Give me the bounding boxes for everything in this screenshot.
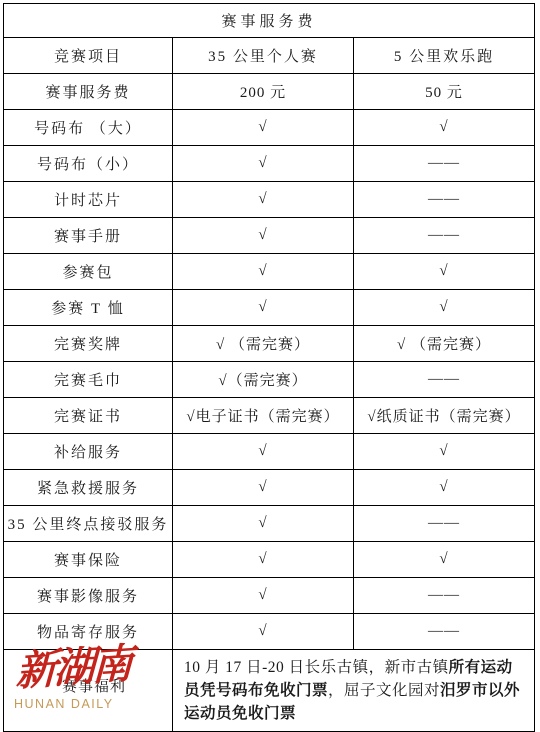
header-5km-fun-run-column: 5 公里欢乐跑: [354, 38, 535, 74]
fun-run-5km-value-cell: √: [354, 542, 535, 578]
fun-run-5km-value-cell: ——: [354, 578, 535, 614]
footer-note: 10 月 17 日-20 日长乐古镇，新市古镇所有运动员凭号码布免收门票，屈子文…: [173, 650, 535, 711]
table-footer-section: 赛事福利 新湖南 HUNAN DAILY 10 月 17 日-20 日长乐古镇，…: [4, 650, 535, 711]
race-35km-value-cell: √电子证书（需完赛）: [173, 398, 354, 434]
row-label-cell: 号码布（小）: [4, 146, 173, 182]
row-label-cell: 补给服务: [4, 434, 173, 470]
row-label-cell: 赛事服务费: [4, 74, 173, 110]
table-row: 赛事服务费200 元50 元: [4, 74, 535, 110]
row-label-cell: 完赛证书: [4, 398, 173, 434]
row-label-cell: 号码布 （大）: [4, 110, 173, 146]
table-data-section: 赛事服务费200 元50 元号码布 （大）√√号码布（小）√——计时芯片√——赛…: [4, 74, 535, 650]
row-label-cell: 赛事手册: [4, 218, 173, 254]
table-row: 参赛包√√: [4, 254, 535, 290]
table-row: 物品寄存服务√——: [4, 614, 535, 650]
table-title-row: 赛事服务费: [4, 4, 535, 38]
table-row: 完赛证书√电子证书（需完赛）√纸质证书（需完赛）: [4, 398, 535, 434]
fun-run-5km-value-cell: ——: [354, 146, 535, 182]
fun-run-5km-value-cell: ——: [354, 506, 535, 542]
table-row: 赛事手册√——: [4, 218, 535, 254]
table-row: 赛事保险√√: [4, 542, 535, 578]
fun-run-5km-value-cell: √: [354, 254, 535, 290]
row-label-cell: 35 公里终点接驳服务: [4, 506, 173, 542]
race-35km-value-cell: √: [173, 614, 354, 650]
row-label-cell: 物品寄存服务: [4, 614, 173, 650]
row-label-cell: 赛事影像服务: [4, 578, 173, 614]
table-row: 计时芯片√——: [4, 182, 535, 218]
fun-run-5km-value-cell: √: [354, 110, 535, 146]
race-35km-value-cell: √ （需完赛）: [173, 326, 354, 362]
race-35km-value-cell: √: [173, 506, 354, 542]
table-row: 号码布 （大）√√: [4, 110, 535, 146]
table-row: 号码布（小）√——: [4, 146, 535, 182]
logo-english-text: HUNAN DAILY: [7, 698, 139, 710]
race-35km-value-cell: √: [173, 542, 354, 578]
row-label-cell: 参赛 T 恤: [4, 290, 173, 326]
note-segment: ，屈子文化园对: [328, 682, 440, 699]
table-row: 补给服务√√: [4, 434, 535, 470]
race-35km-value-cell: √: [173, 110, 354, 146]
race-35km-value-cell: √: [173, 290, 354, 326]
table-row: 完赛奖牌√ （需完赛）√ （需完赛）: [4, 326, 535, 362]
header-item-column: 竞赛项目: [4, 38, 173, 74]
race-35km-value-cell: 200 元: [173, 74, 354, 110]
race-35km-value-cell: √: [173, 578, 354, 614]
table-row: 赛事影像服务√——: [4, 578, 535, 614]
race-service-fee-document: 赛事服务费 竞赛项目 35 公里个人赛 5 公里欢乐跑 赛事服务费200 元50…: [3, 3, 535, 710]
fun-run-5km-value-cell: ——: [354, 182, 535, 218]
column-header-row: 竞赛项目 35 公里个人赛 5 公里欢乐跑: [4, 38, 535, 74]
row-label-cell: 完赛奖牌: [4, 326, 173, 362]
race-35km-value-cell: √: [173, 434, 354, 470]
page: { "table": { "title": "赛事服务费", "header":…: [0, 0, 540, 710]
fun-run-5km-value-cell: √ （需完赛）: [354, 326, 535, 362]
fun-run-5km-value-cell: √: [354, 434, 535, 470]
table-head-section: 赛事服务费 竞赛项目 35 公里个人赛 5 公里欢乐跑: [4, 4, 535, 74]
fun-run-5km-value-cell: √纸质证书（需完赛）: [354, 398, 535, 434]
row-label-cell: 完赛毛巾: [4, 362, 173, 398]
row-label-cell: 赛事保险: [4, 542, 173, 578]
race-35km-value-cell: √: [173, 254, 354, 290]
footer-row: 赛事福利 新湖南 HUNAN DAILY 10 月 17 日-20 日长乐古镇，…: [4, 650, 535, 711]
table-row: 完赛毛巾√（需完赛）——: [4, 362, 535, 398]
race-35km-value-cell: √: [173, 146, 354, 182]
table-row: 35 公里终点接驳服务√——: [4, 506, 535, 542]
footer-label: 赛事福利: [62, 675, 126, 696]
table-row: 紧急救援服务√√: [4, 470, 535, 506]
fun-run-5km-value-cell: 50 元: [354, 74, 535, 110]
row-label-cell: 计时芯片: [4, 182, 173, 218]
fun-run-5km-value-cell: ——: [354, 218, 535, 254]
fun-run-5km-value-cell: ——: [354, 362, 535, 398]
footer-label-cell: 赛事福利 新湖南 HUNAN DAILY: [4, 650, 173, 711]
header-35km-race-column: 35 公里个人赛: [173, 38, 354, 74]
race-35km-value-cell: √: [173, 218, 354, 254]
race-service-fee-table: 赛事服务费 竞赛项目 35 公里个人赛 5 公里欢乐跑 赛事服务费200 元50…: [3, 3, 535, 710]
fun-run-5km-value-cell: √: [354, 290, 535, 326]
race-35km-value-cell: √: [173, 182, 354, 218]
table-row: 参赛 T 恤√√: [4, 290, 535, 326]
note-segment: 10 月 17 日-20 日长乐古镇，新市古镇: [184, 659, 449, 676]
race-35km-value-cell: √（需完赛）: [173, 362, 354, 398]
row-label-cell: 紧急救援服务: [4, 470, 173, 506]
race-35km-value-cell: √: [173, 470, 354, 506]
row-label-cell: 参赛包: [4, 254, 173, 290]
fun-run-5km-value-cell: ——: [354, 614, 535, 650]
fun-run-5km-value-cell: √: [354, 470, 535, 506]
table-title: 赛事服务费: [4, 4, 535, 38]
